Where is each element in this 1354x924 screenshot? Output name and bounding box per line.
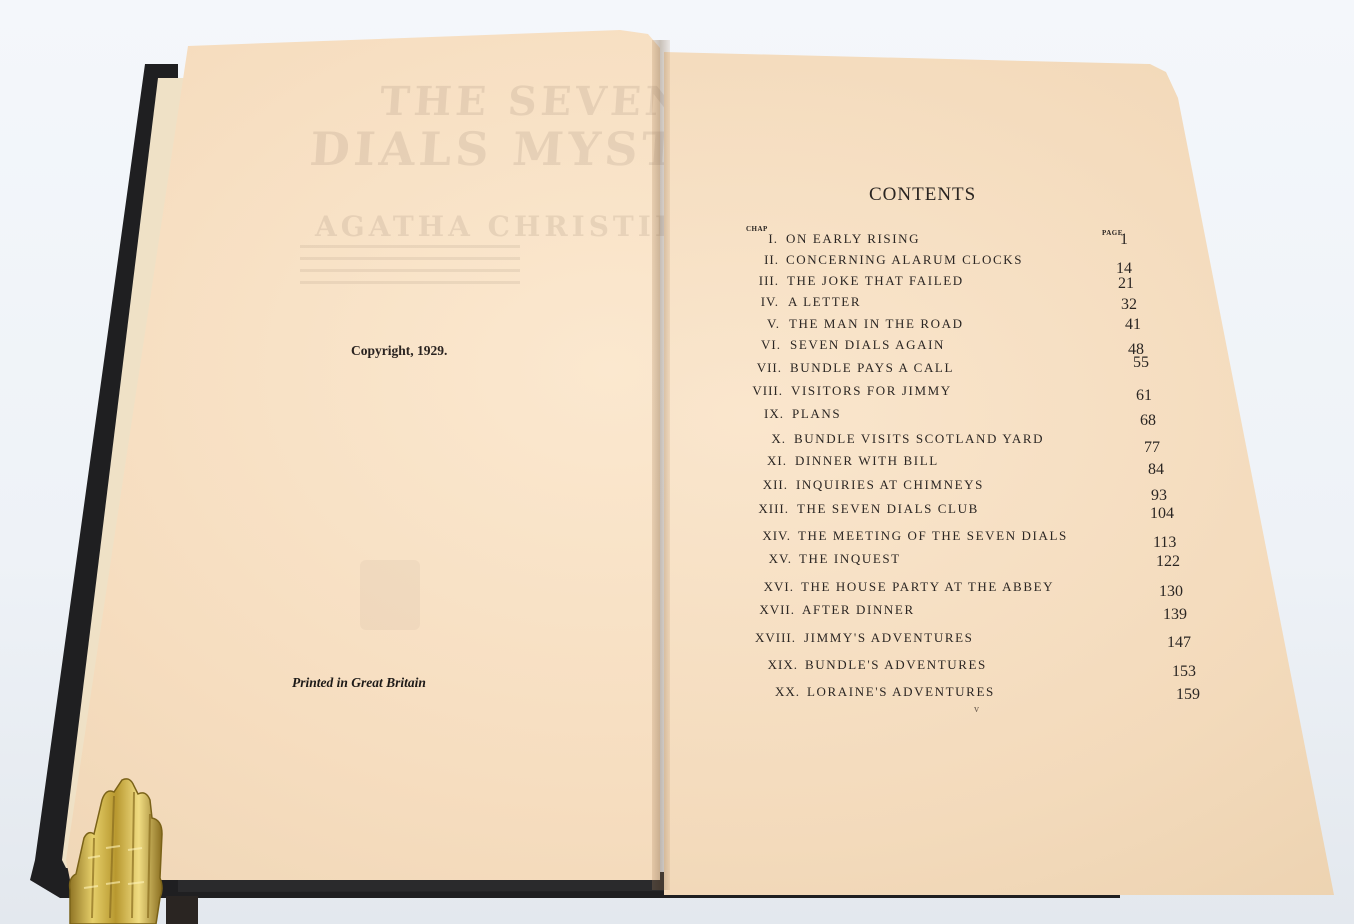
chapter-page-number: 130 xyxy=(1159,583,1183,601)
chapter-number: IV. xyxy=(761,294,779,310)
chapter-page-number: 84 xyxy=(1148,461,1164,479)
chapter-number: XVIII. xyxy=(755,630,796,646)
ghost-publisher-emblem xyxy=(360,560,420,630)
chapter-title: ON EARLY RISING xyxy=(786,231,920,247)
chapter-title: THE MEETING OF THE SEVEN DIALS xyxy=(798,528,1068,544)
chapter-title: BUNDLE PAYS A CALL xyxy=(790,360,954,376)
chapter-title: DINNER WITH BILL xyxy=(795,453,939,469)
chapter-page-number: 41 xyxy=(1125,316,1141,334)
chapter-page-number: 1 xyxy=(1120,231,1128,249)
chapter-title: JIMMY'S ADVENTURES xyxy=(804,630,973,646)
chapter-number: XV. xyxy=(769,551,792,567)
chapter-title: THE MAN IN THE ROAD xyxy=(789,316,964,332)
chapter-title: SEVEN DIALS AGAIN xyxy=(790,337,945,353)
chapter-title: LORAINE'S ADVENTURES xyxy=(807,684,995,700)
chapter-title: BUNDLE VISITS SCOTLAND YARD xyxy=(794,431,1044,447)
chapter-page-number: 153 xyxy=(1172,663,1196,681)
chapter-title: CONCERNING ALARUM CLOCKS xyxy=(786,252,1023,268)
chapter-page-number: 113 xyxy=(1153,534,1176,552)
chapter-title: BUNDLE'S ADVENTURES xyxy=(805,657,987,673)
chapter-title: VISITORS FOR JIMMY xyxy=(791,383,952,399)
chapter-number: V. xyxy=(767,316,780,332)
chapter-page-number: 77 xyxy=(1144,439,1160,457)
chapter-number: VI. xyxy=(761,337,781,353)
chapter-number: XI. xyxy=(767,453,787,469)
chapter-page-number: 68 xyxy=(1140,412,1156,430)
chapter-title: THE HOUSE PARTY AT THE ABBEY xyxy=(801,579,1054,595)
chapter-page-number: 32 xyxy=(1121,296,1137,314)
chap-column-header: CHAP xyxy=(746,225,768,233)
chapter-page-number: 159 xyxy=(1176,686,1200,704)
brass-hand-bookmark-icon xyxy=(48,778,198,924)
chapter-number: XII. xyxy=(763,477,788,493)
printed-in-notice: Printed in Great Britain xyxy=(292,675,426,691)
page-folio: v xyxy=(974,704,979,715)
contents-title: CONTENTS xyxy=(869,184,976,206)
chapter-number: III. xyxy=(759,273,779,289)
chapter-page-number: 147 xyxy=(1167,634,1191,652)
copyright-notice: Copyright, 1929. xyxy=(351,343,447,359)
book-photo: THE SEVEN DIALS MYSTERY AGATHA CHRISTIE … xyxy=(0,0,1354,924)
chapter-number: II. xyxy=(764,252,779,268)
chapter-page-number: 55 xyxy=(1133,354,1149,372)
chapter-number: XX. xyxy=(775,684,800,700)
chapter-page-number: 104 xyxy=(1150,505,1174,523)
chapter-page-number: 93 xyxy=(1151,487,1167,505)
chapter-number: I. xyxy=(768,231,778,247)
chapter-page-number: 21 xyxy=(1118,275,1134,293)
ghost-title-line1: THE SEVEN xyxy=(378,78,687,125)
chapter-title: THE JOKE THAT FAILED xyxy=(787,273,964,289)
ghost-author: AGATHA CHRISTIE xyxy=(315,210,680,243)
chapter-title: PLANS xyxy=(792,406,841,422)
ghost-imprint-lines xyxy=(300,245,520,285)
chapter-number: IX. xyxy=(764,406,784,422)
chapter-page-number: 139 xyxy=(1163,606,1187,624)
chapter-number: VII. xyxy=(757,360,782,376)
book-gutter xyxy=(652,40,670,890)
chapter-page-number: 61 xyxy=(1136,387,1152,405)
chapter-number: XIV. xyxy=(762,528,791,544)
chapter-number: XVI. xyxy=(764,579,794,595)
chapter-number: XIII. xyxy=(758,501,789,517)
chapter-title: THE INQUEST xyxy=(799,551,901,567)
chapter-title: THE SEVEN DIALS CLUB xyxy=(797,501,979,517)
chapter-page-number: 122 xyxy=(1156,553,1180,571)
chapter-title: A LETTER xyxy=(788,294,861,310)
chapter-number: XIX. xyxy=(768,657,798,673)
chapter-title: AFTER DINNER xyxy=(802,602,915,618)
chapter-number: X. xyxy=(771,431,786,447)
chapter-number: XVII. xyxy=(759,602,795,618)
chapter-title: INQUIRIES AT CHIMNEYS xyxy=(796,477,984,493)
chapter-number: VIII. xyxy=(752,383,783,399)
